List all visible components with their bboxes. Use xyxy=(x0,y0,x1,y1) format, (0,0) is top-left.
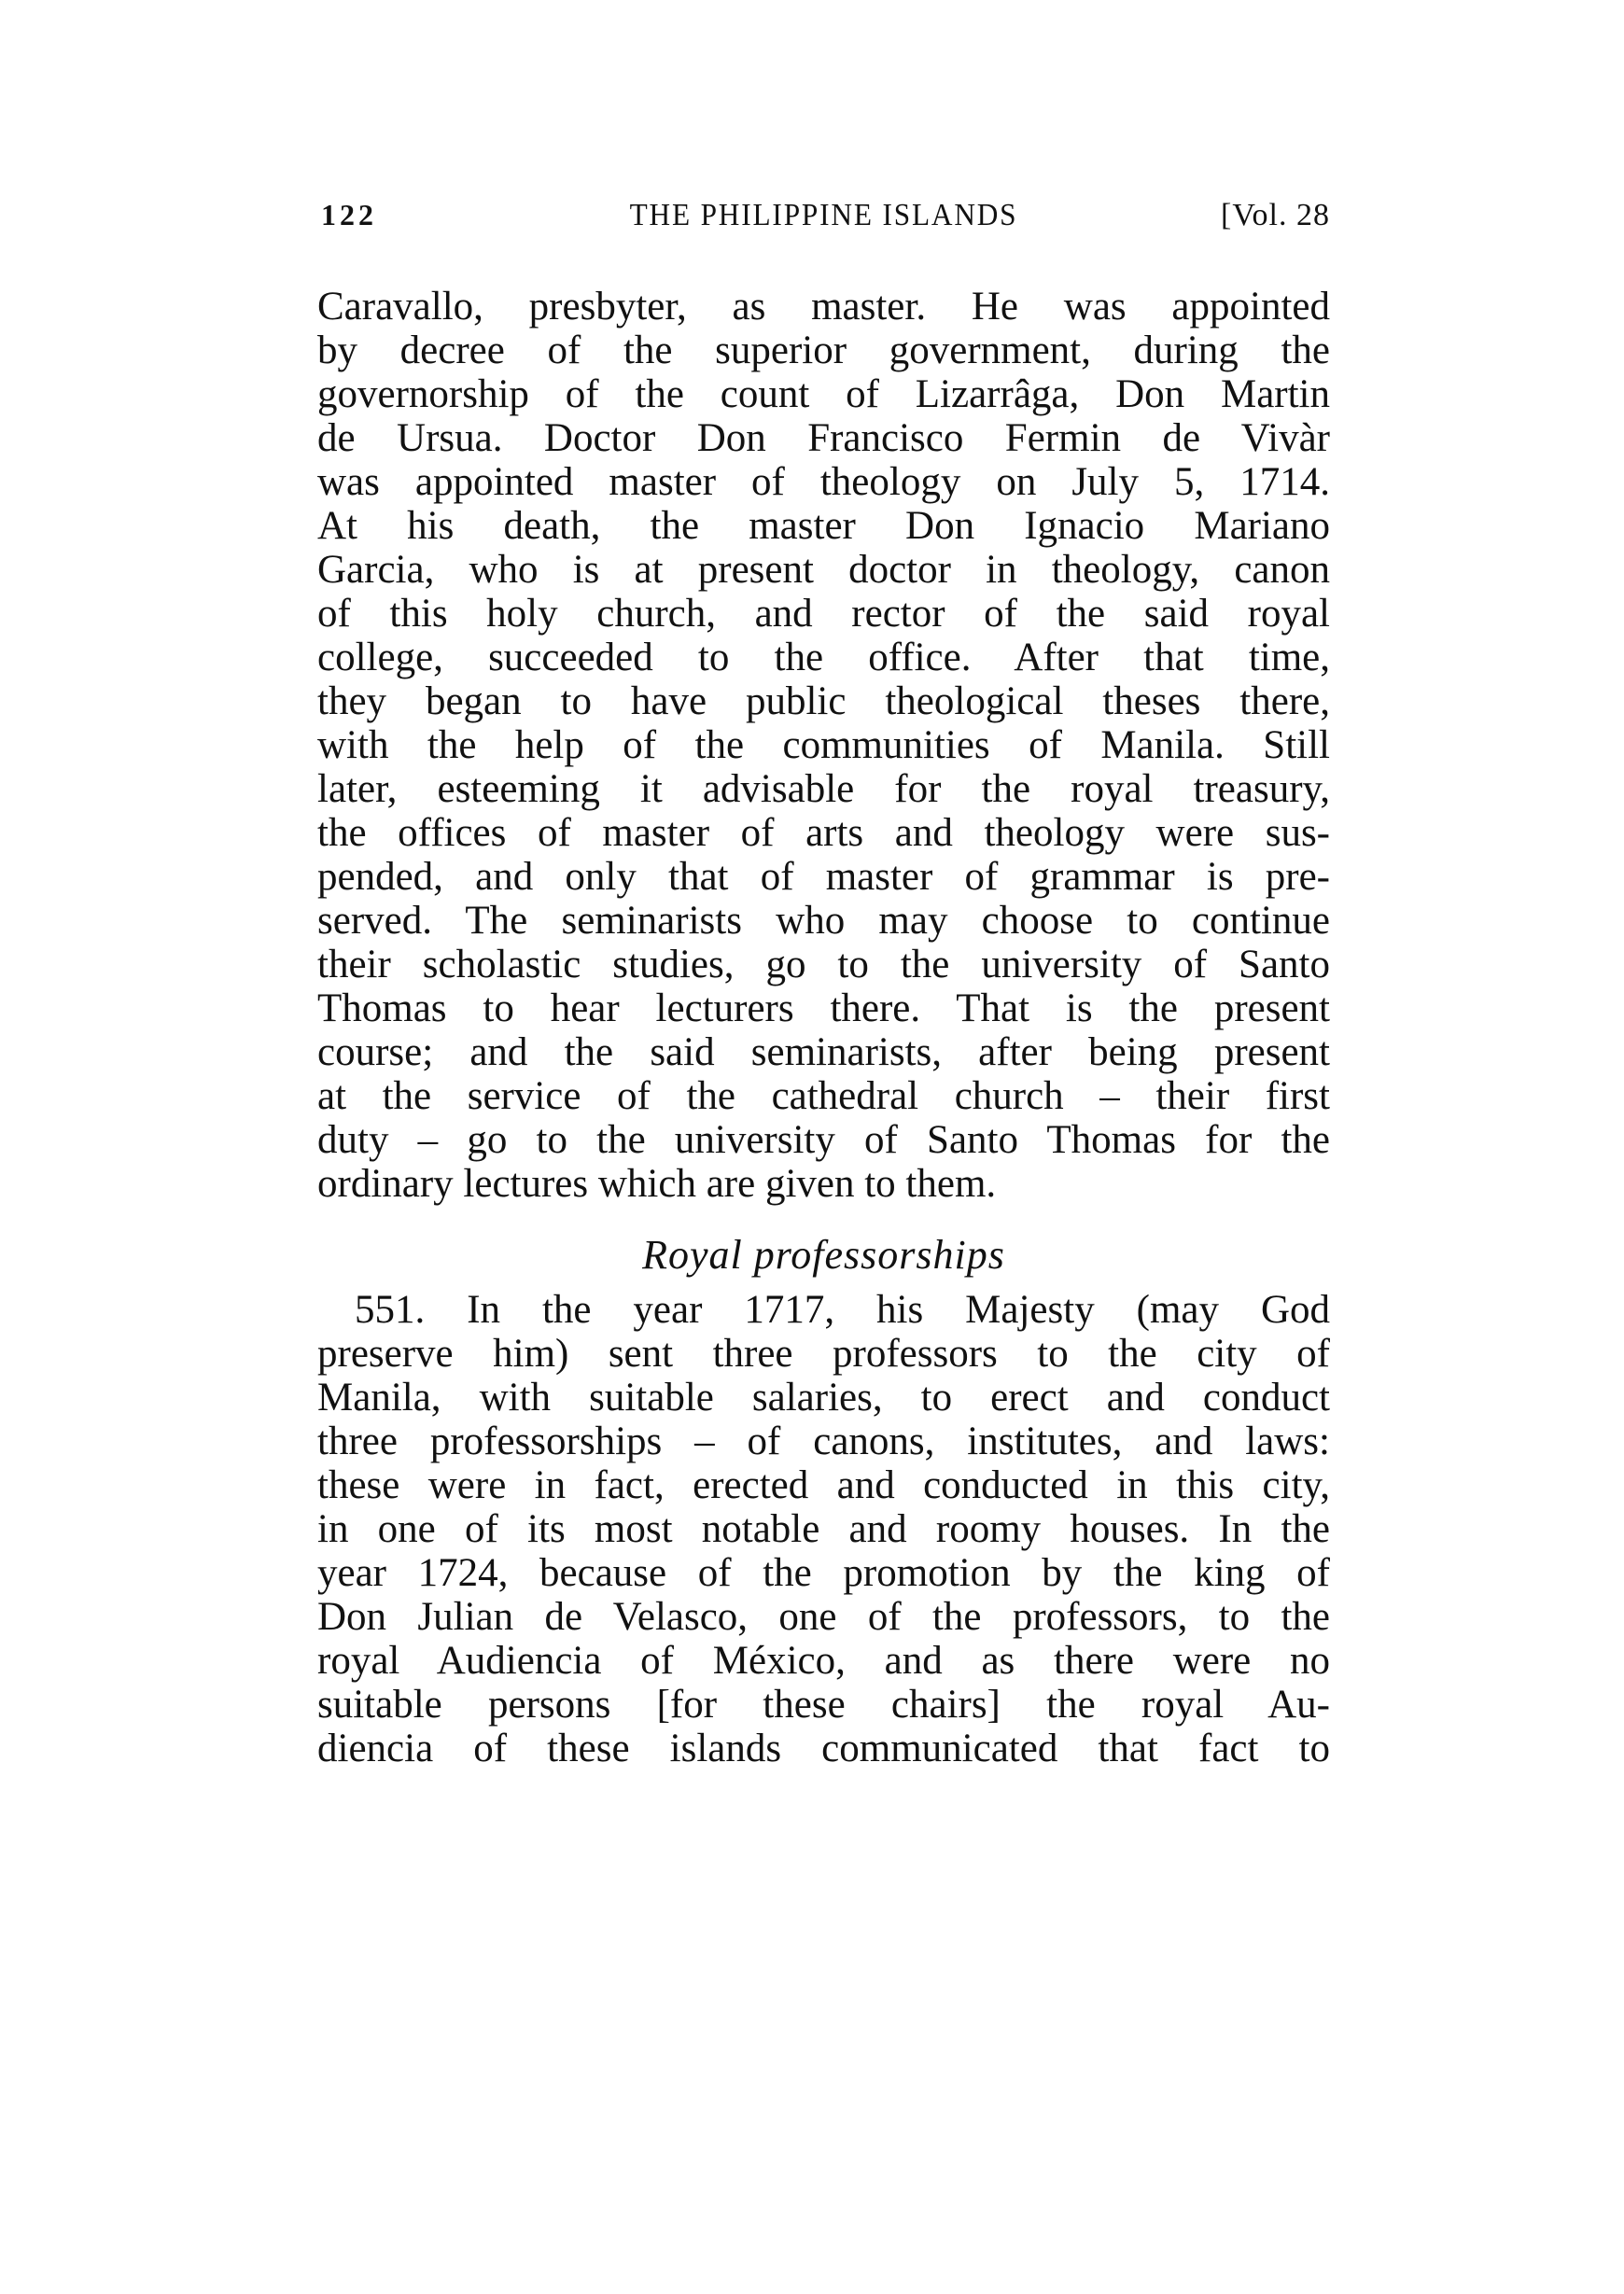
text-line: Thomas to hear lecturers there. That is … xyxy=(317,986,1330,1030)
text-line: the offices of master of arts and theolo… xyxy=(317,811,1330,855)
text-line: course; and the said seminarists, after … xyxy=(317,1030,1330,1074)
text-line: in one of its most notable and roomy hou… xyxy=(317,1507,1330,1551)
text-line: these were in fact, erected and conducte… xyxy=(317,1463,1330,1507)
text-line: diencia of these islands communicated th… xyxy=(317,1727,1330,1770)
text-line: with the help of the communities of Mani… xyxy=(317,723,1330,767)
text-line: suitable persons [for these chairs] the … xyxy=(317,1683,1330,1727)
text-column: Caravallo, presbyter, as master. He was … xyxy=(317,285,1330,1770)
text-line: Don Julian de Velasco, one of the profes… xyxy=(317,1595,1330,1639)
text-line: de Ursua. Doctor Don Francisco Fermin de… xyxy=(317,416,1330,460)
text-line: Caravallo, presbyter, as master. He was … xyxy=(317,285,1330,329)
text-line: later, esteeming it advisable for the ro… xyxy=(317,767,1330,811)
paragraph-continued: Caravallo, presbyter, as master. He was … xyxy=(317,285,1330,1206)
text-line: at the service of the cathedral church –… xyxy=(317,1074,1330,1118)
text-line: ordinary lectures which are given to the… xyxy=(317,1162,1330,1206)
text-line: they began to have public theological th… xyxy=(317,679,1330,723)
paragraph-551: 551. In the year 1717, his Majesty (may … xyxy=(317,1288,1330,1770)
book-page: 122 THE PHILIPPINE ISLANDS [Vol. 28 Cara… xyxy=(0,0,1624,2294)
text-line: was appointed master of theology on July… xyxy=(317,460,1330,504)
text-line: royal Audiencia of México, and as there … xyxy=(317,1639,1330,1683)
text-line: college, succeeded to the office. After … xyxy=(317,636,1330,679)
text-line: pended, and only that of master of gramm… xyxy=(317,855,1330,899)
text-line: by decree of the superior government, du… xyxy=(317,329,1330,372)
text-line: governorship of the count of Lizarrâga, … xyxy=(317,372,1330,416)
text-line: duty – go to the university of Santo Tho… xyxy=(317,1118,1330,1162)
running-title: THE PHILIPPINE ISLANDS xyxy=(357,198,1289,233)
text-line: year 1724, because of the promotion by t… xyxy=(317,1551,1330,1595)
text-line: 551. In the year 1717, his Majesty (may … xyxy=(317,1288,1330,1332)
text-line: Garcia, who is at present doctor in theo… xyxy=(317,548,1330,592)
text-line: preserve him) sent three professors to t… xyxy=(317,1332,1330,1376)
text-line: Manila, with suitable salaries, to erect… xyxy=(317,1376,1330,1420)
text-line: served. The seminarists who may choose t… xyxy=(317,899,1330,943)
text-line: their scholastic studies, go to the univ… xyxy=(317,943,1330,986)
section-heading: Royal professorships xyxy=(317,1223,1330,1288)
text-line: three professorships – of canons, instit… xyxy=(317,1420,1330,1463)
running-header: 122 THE PHILIPPINE ISLANDS [Vol. 28 xyxy=(317,198,1330,239)
text-line: At his death, the master Don Ignacio Mar… xyxy=(317,504,1330,548)
text-line: of this holy church, and rector of the s… xyxy=(317,592,1330,636)
volume-label: [Vol. 28 xyxy=(1221,198,1330,233)
